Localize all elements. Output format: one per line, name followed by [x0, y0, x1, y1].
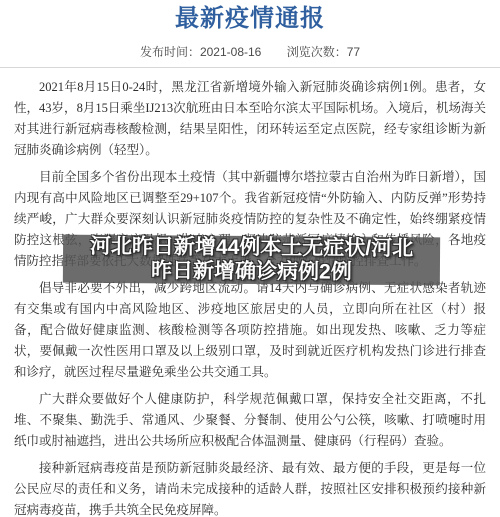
watermark-headline-banner: 河北昨日新增44例本土无症状/河北 昨日新增确诊病例2例 — [63, 235, 440, 286]
paragraph-imported-case: 2021年8月15日0-24时，黑龙江省新增境外输入新冠肺炎确诊病例1例。患者，… — [14, 77, 486, 161]
epidemic-bulletin-page: 最新疫情通报 发布时间：2021-08-16 浏览次数：77 2021年8月15… — [0, 0, 500, 517]
paragraph-travel-advice: 倡导非必要不外出，减少跨地区流动。请14天内与确诊病例、无症状感染者轨迹有交集或… — [14, 278, 486, 383]
paragraph-personal-protection: 广大群众要做好个人健康防护，科学规范佩戴口罩，保持安全社交距离，不扎堆、不聚集、… — [14, 389, 486, 452]
watermark-line-1: 河北昨日新增44例本土无症状/河北 — [90, 235, 413, 261]
publish-time: 发布时间：2021-08-16 — [140, 45, 261, 60]
article-meta: 发布时间：2021-08-16 浏览次数：77 — [0, 45, 500, 60]
article-body: 2021年8月15日0-24时，黑龙江省新增境外输入新冠肺炎确诊病例1例。患者，… — [0, 68, 500, 517]
watermark-line-2: 昨日新增确诊病例2例 — [151, 259, 352, 284]
view-count: 浏览次数：77 — [287, 45, 360, 60]
paragraph-vaccination: 接种新冠病毒疫苗是预防新冠肺炎最经济、最有效、最方便的手段，更是每一位公民应尽的… — [14, 458, 486, 517]
page-title: 最新疫情通报 — [0, 0, 500, 35]
article-header: 最新疫情通报 发布时间：2021-08-16 浏览次数：77 — [0, 0, 500, 60]
